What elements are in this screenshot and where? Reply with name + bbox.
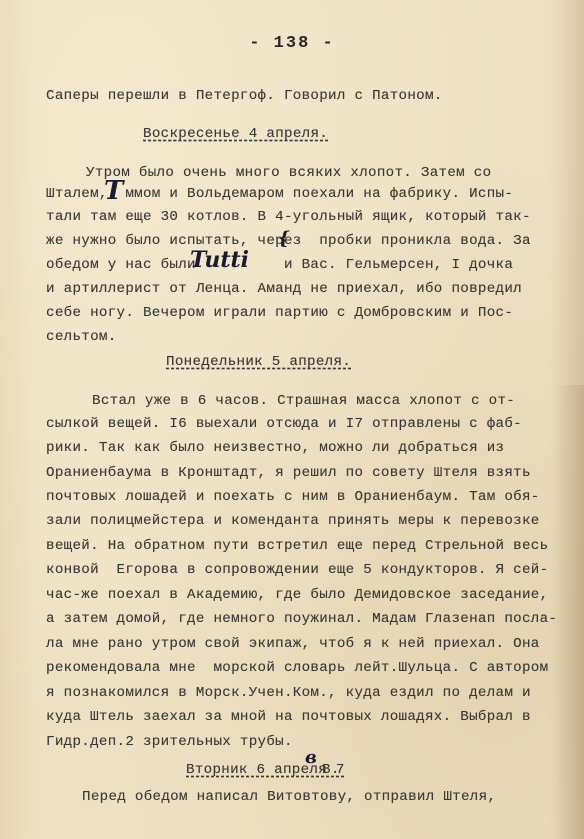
date-heading-monday: Понедельник 5 апреля. [166, 354, 351, 370]
date-heading-tuesday: Вторник 6 апреля 7 [186, 762, 345, 778]
text-line: куда Штель заехал за мной на почтовых ло… [46, 709, 531, 725]
text-line: Саперы перешли в Петергоф. Говорил с Пат… [46, 88, 443, 104]
text-line: почтовых лошадей и поехать с ним в Орани… [46, 489, 540, 505]
date-suffix: В. [322, 762, 340, 778]
text-line: сылкой вещей. I6 выехали отсюда и I7 отп… [46, 416, 522, 432]
text-line: тали там еще 30 котлов. В 4-угольный ящи… [46, 209, 531, 225]
text-line: конвой Егорова в сопровождении еще 5 кон… [46, 562, 548, 578]
handwritten-name-tutti: Tutti [190, 247, 249, 273]
text-line: рекомендовала мне морской словарь лейт.Ш… [46, 660, 548, 676]
text-line: вещей. На обратном пути встретил еще пер… [46, 538, 548, 554]
page-edge-shadow [556, 385, 584, 839]
text-line: зали полицмейстера и коменданта принять … [46, 513, 540, 529]
handwritten-bracket: { [278, 228, 290, 249]
document-page: - 138 - Саперы перешли в Петергоф. Говор… [0, 0, 584, 839]
text-line: рики. Так как было неизвестно, можно ли … [46, 440, 504, 456]
text-line: себе ногу. Вечером играли партию с Домбр… [46, 305, 513, 321]
text-line: Встал уже в 6 часов. Страшная масса хлоп… [92, 393, 515, 409]
text-line: Перед обедом написал Витовтову, отправил… [82, 789, 496, 805]
text-line: и артиллерист от Ленца. Аманд не приехал… [46, 281, 522, 297]
text-line: Гидр.деп.2 зрительных трубы. [46, 734, 293, 750]
text-line: ла мне рано утром свой экипаж, чтоб я к … [46, 636, 540, 652]
date-heading-sunday: Воскресенье 4 апреля. [143, 126, 328, 142]
text-line: час-же поехал в Академию, где было Демид… [46, 587, 548, 603]
text-line: я познакомился в Морск.Учен.Ком., куда е… [46, 685, 531, 701]
text-line: Ораниенбаума в Кронштадт, я решил по сов… [46, 465, 531, 481]
handwritten-insertion: Т [104, 176, 123, 206]
text-line: Утром было очень много всяких хлопот. За… [86, 165, 491, 181]
page-number: - 138 - [0, 34, 584, 53]
text-line: а затем домой, где немного поужинал. Мад… [46, 611, 557, 627]
text-line: сельтом. [46, 329, 117, 345]
handwritten-superscript: в [305, 747, 317, 768]
text-line: обедом у нас были и Вас. Гельмерсен, I д… [46, 257, 513, 273]
